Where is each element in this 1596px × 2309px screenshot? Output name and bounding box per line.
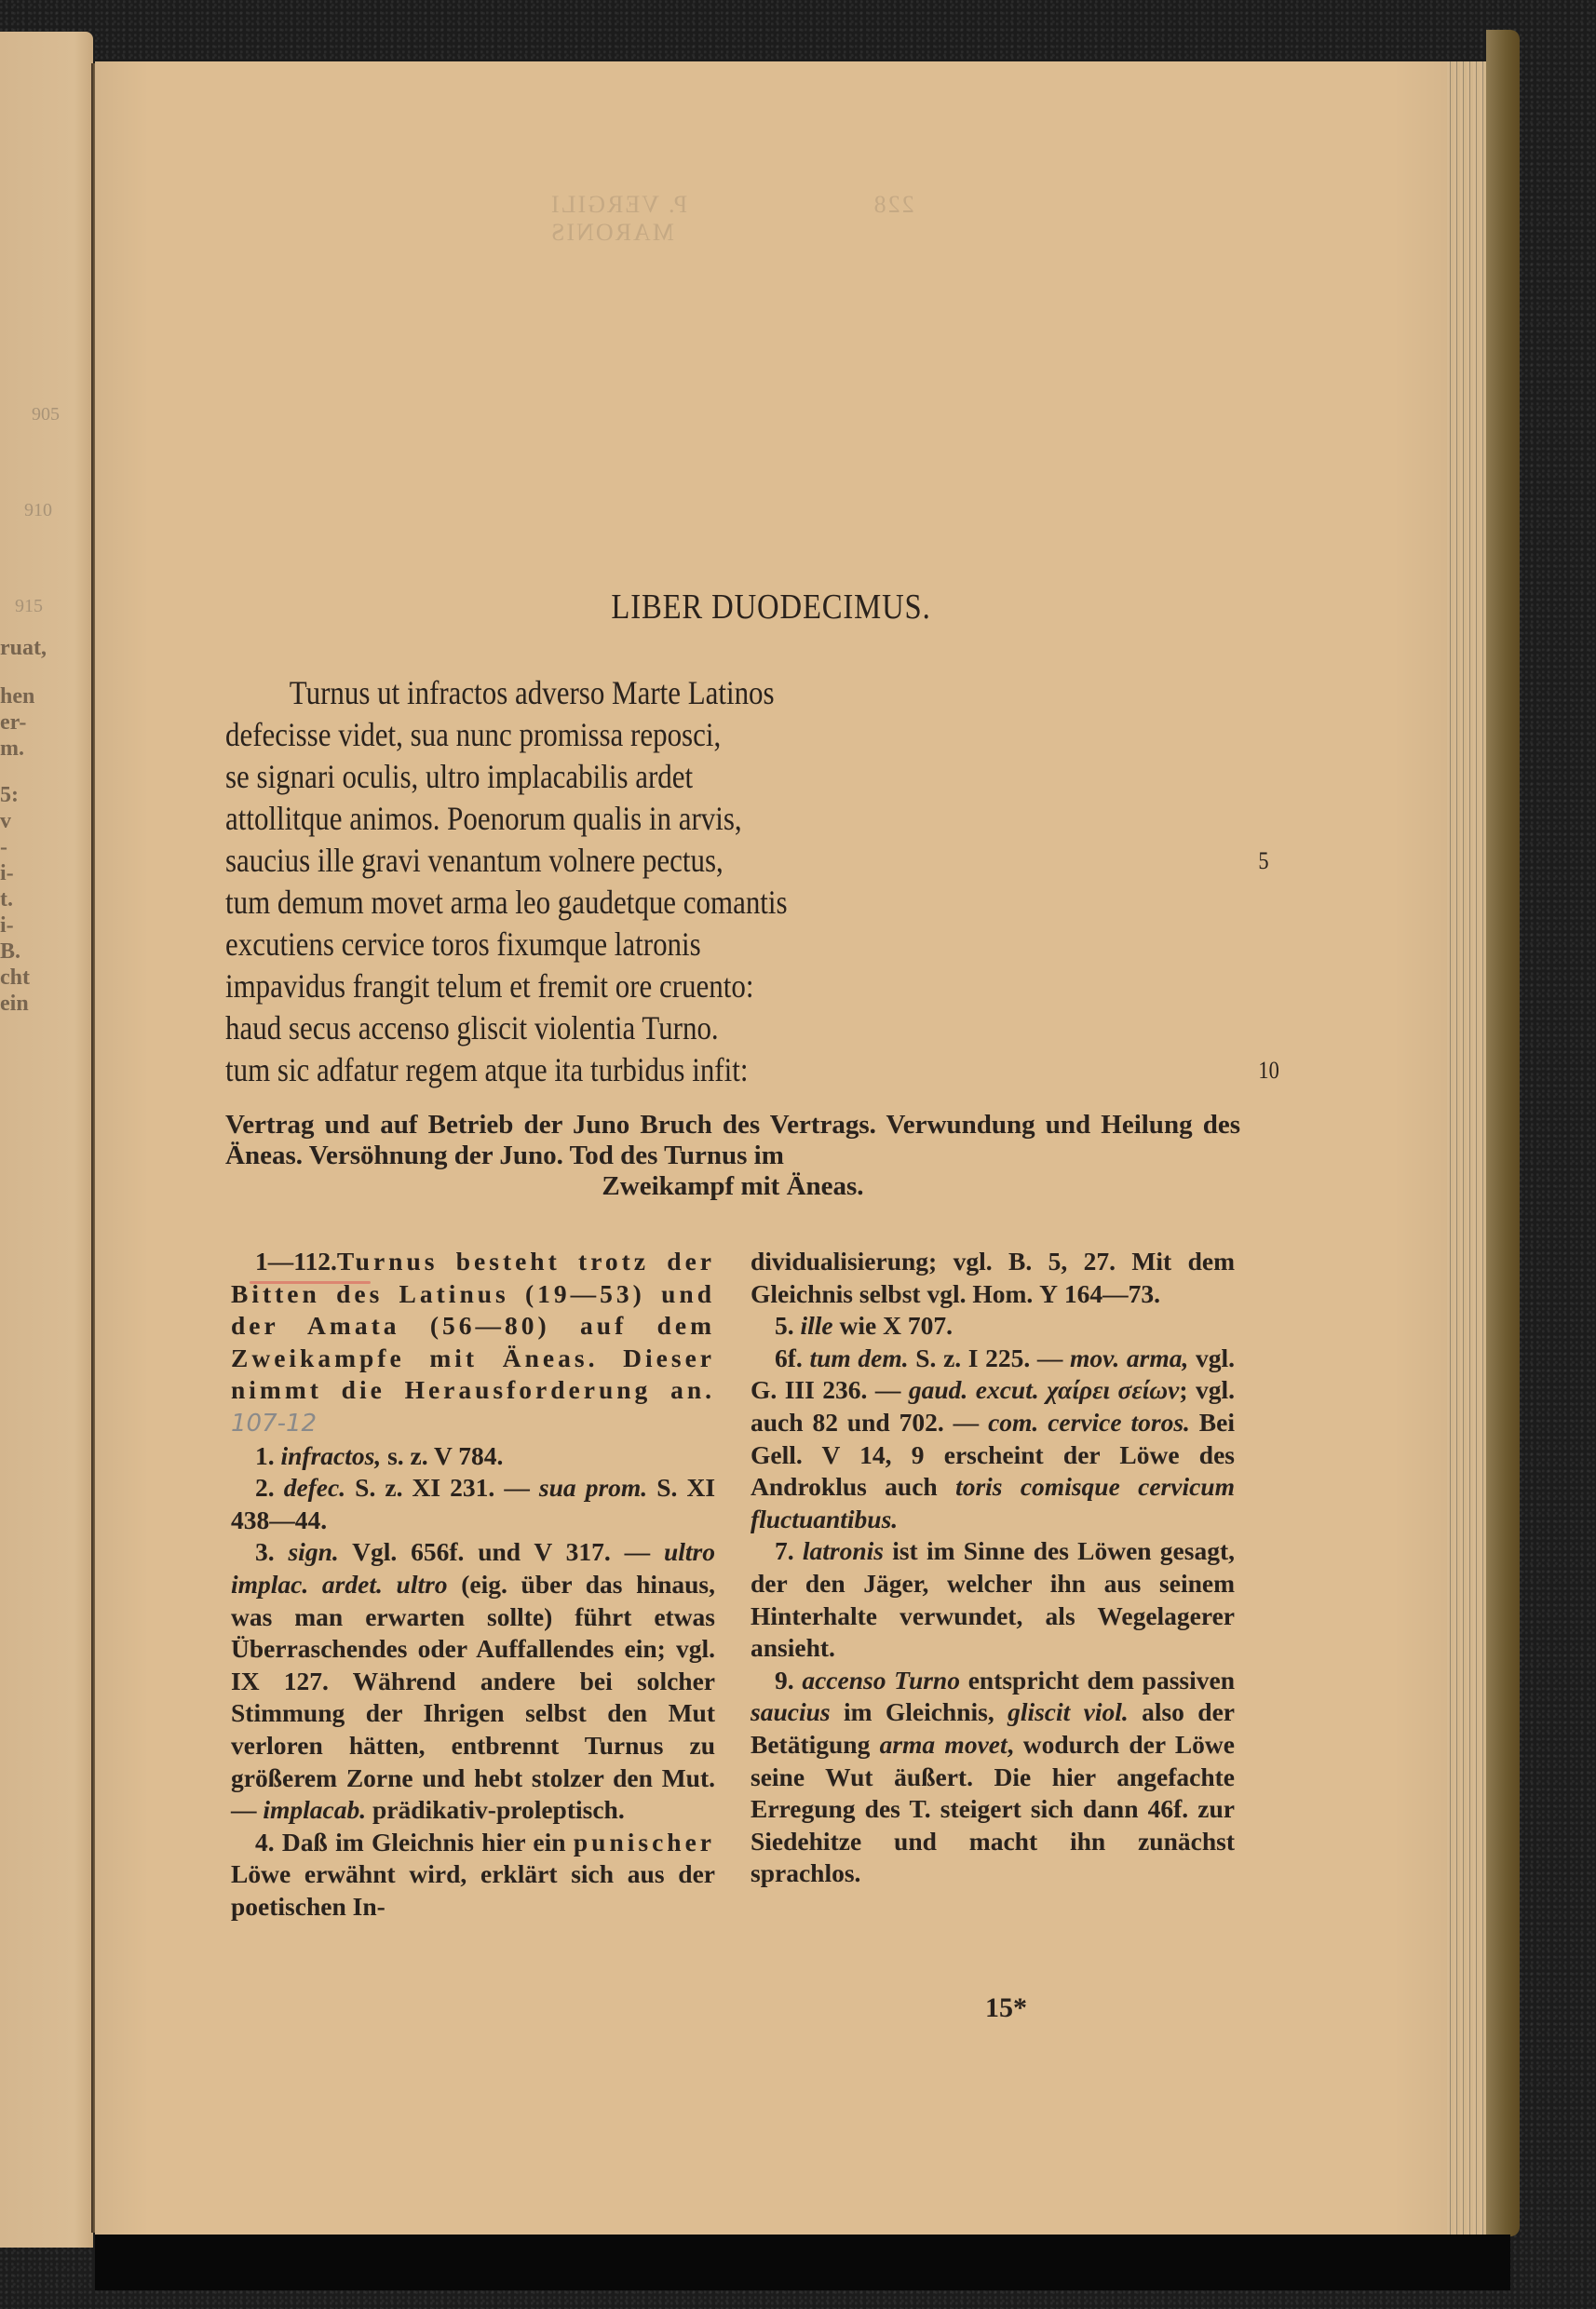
verse-line: defecisse videt, sua nunc promissa repos… <box>225 714 1106 756</box>
bleed-through-running-title: P. VERGILI MARONIS <box>549 191 687 246</box>
text-fragment: i- <box>0 912 14 938</box>
chapter-title: LIBER DUODECIMUS. <box>190 587 1353 628</box>
text-fragment: cht <box>0 965 30 991</box>
bottom-shadow <box>95 2235 1510 2290</box>
book-cover-edge <box>1486 30 1520 2236</box>
verse-line: Turnus ut infractos adverso Marte Latino… <box>225 672 1106 714</box>
lemma: ultro <box>383 1570 448 1599</box>
note-number: 7. <box>775 1536 794 1565</box>
commentary-note: 4. Daß im Gleichnis hier ein punischer L… <box>231 1827 715 1924</box>
verse-line: saucius ille gravi venantum volnere pect… <box>225 840 1106 882</box>
commentary-note: 3. sign. Vgl. 656f. und V 317. — ultro i… <box>231 1536 715 1826</box>
page-edges <box>1447 61 1486 2235</box>
text-fragment: B. <box>0 938 20 965</box>
note-text: s. z. V 784. <box>381 1441 503 1470</box>
lemma: saucius <box>751 1697 831 1726</box>
verse-text: attollitque animos. Poenorum qualis in a… <box>225 800 742 837</box>
verse-text: tum demum movet arma leo gaudetque coman… <box>225 884 788 921</box>
lemma: com. cervice toros. <box>988 1408 1190 1437</box>
note-number: 3. <box>255 1537 275 1566</box>
lemma: accenso Turno <box>802 1666 960 1695</box>
note-text: (eig. über das hinaus, was man erwarten … <box>231 1570 715 1824</box>
greek-quote: χαίρει σείων <box>1039 1375 1180 1404</box>
lemma: tum dem. <box>809 1344 908 1372</box>
margin-line-number: 910 <box>24 500 52 521</box>
note-text: dividualisierung; vgl. B. 5, 27. Mit dem… <box>751 1247 1235 1308</box>
commentary-note: 9. accenso Turno entspricht dem passiven… <box>751 1665 1235 1890</box>
text-fragment: ruat, <box>0 635 47 661</box>
bleed-through-header: 228 P. VERGILI MARONIS <box>549 191 1220 247</box>
verse-line: haud secus accenso gliscit violentia Tur… <box>225 1007 1106 1049</box>
text-fragment: m. <box>0 736 24 762</box>
verse-text: excutiens cervice toros fixumque latroni… <box>225 925 701 963</box>
note-number: 9. <box>775 1666 794 1695</box>
verse-text: Turnus ut infractos adverso Marte Latino… <box>290 674 775 711</box>
verse-text: se signari oculis, ultro implacabilis ar… <box>225 758 693 795</box>
verse-line: tum demum movet arma leo gaudetque coman… <box>225 882 1106 924</box>
verse-text: impavidus frangit telum et fremit ore cr… <box>225 967 753 1005</box>
lemma: latronis <box>803 1536 884 1565</box>
verse-line: impavidus frangit telum et fremit ore cr… <box>225 965 1106 1007</box>
commentary-column-right: dividualisierung; vgl. B. 5, 27. Mit dem… <box>751 1246 1235 1890</box>
bleed-through-page-number: 228 <box>872 191 914 218</box>
commentary-note: 6f. tum dem. S. z. I 225. — mov. arma, v… <box>751 1343 1235 1536</box>
summary-text: Vertrag und auf Betrieb der Juno Bruch d… <box>225 1110 1240 1170</box>
argument-summary: Vertrag und auf Betrieb der Juno Bruch d… <box>225 1110 1240 1202</box>
text-fragment: t. <box>0 886 13 912</box>
note-text: Löwe erwähnt wird, erklärt sich aus der … <box>231 1859 715 1921</box>
note-number: 5. <box>775 1311 794 1340</box>
verse-text: saucius ille gravi venantum volnere pect… <box>225 842 724 879</box>
signature-mark: 15* <box>985 1992 1027 2024</box>
note-text: prädikativ-proleptisch. <box>366 1795 625 1824</box>
verse-line: tum sic adfatur regem atque ita turbidus… <box>225 1049 1106 1091</box>
lemma: gliscit viol. <box>1008 1697 1129 1726</box>
verse-text: haud secus accenso gliscit violentia Tur… <box>225 1009 719 1046</box>
pencil-annotation: 107-12 <box>231 1410 317 1438</box>
text-fragment: ein <box>0 991 29 1017</box>
lemma: ille <box>801 1311 833 1340</box>
verse-text: tum sic adfatur regem atque ita turbidus… <box>225 1051 748 1088</box>
lemma: defec. <box>284 1473 345 1502</box>
note-text: S. z. I 225. — <box>909 1344 1070 1372</box>
note-text: wie X 707. <box>833 1311 953 1340</box>
lemma: infractos, <box>281 1441 382 1470</box>
note-reference: 1—112. <box>255 1247 337 1276</box>
commentary-note: 2. defec. S. z. XI 231. — sua prom. S. X… <box>231 1472 715 1536</box>
note-number: 2. <box>255 1473 275 1502</box>
lemma: arma movet <box>880 1730 1008 1759</box>
lemma: gaud. excut. <box>909 1375 1039 1404</box>
left-page-edge: 905 910 915 ruat, hen er- m. 5: v - i- t… <box>0 32 93 2248</box>
commentary-column-left: 1—112.Turnus besteht trotz der Bitten de… <box>231 1246 715 1923</box>
commentary-note: 1. infractos, s. z. V 784. <box>231 1440 715 1473</box>
text-fragment: hen <box>0 683 34 709</box>
verse-block: Turnus ut infractos adverso Marte Latino… <box>225 672 1250 1091</box>
margin-line-number: 915 <box>15 596 43 617</box>
note-text: im Gleichnis, <box>831 1697 1008 1726</box>
summary-text-last: Zweikampf mit Äneas. <box>225 1171 1240 1202</box>
line-number: 5 <box>1258 840 1268 882</box>
note-number: 6f. <box>775 1344 803 1372</box>
commentary-note: 7. latronis ist im Sinne des Löwen gesag… <box>751 1535 1235 1664</box>
lemma: mov. arma, <box>1070 1344 1188 1372</box>
text-fragment: - <box>0 834 7 860</box>
margin-line-number: 905 <box>32 404 60 425</box>
text-fragment: i- <box>0 860 14 886</box>
text-fragment: er- <box>0 709 26 736</box>
verse-line: se signari oculis, ultro implacabilis ar… <box>225 756 1106 798</box>
text-fragment: 5: <box>0 782 19 808</box>
note-text: S. z. XI 231. — <box>345 1473 539 1502</box>
line-number: 10 <box>1258 1049 1278 1091</box>
verse-text: defecisse videt, sua nunc promissa repos… <box>225 716 721 753</box>
lemma: sign. <box>288 1537 338 1566</box>
lemma: implacab. <box>263 1795 366 1824</box>
commentary-note-continued: dividualisierung; vgl. B. 5, 27. Mit dem… <box>751 1246 1235 1310</box>
verse-line: excutiens cervice toros fixumque latroni… <box>225 924 1106 965</box>
note-text: Daß im Gleichnis hier ein <box>275 1828 574 1857</box>
note-text: Vgl. 656f. und V 317. — <box>339 1537 664 1566</box>
commentary-note: 1—112.Turnus besteht trotz der Bitten de… <box>231 1246 715 1440</box>
note-number: 4. <box>255 1828 275 1857</box>
text-fragment: v <box>0 808 11 834</box>
lemma: sua prom. <box>539 1473 647 1502</box>
note-number: 1. <box>255 1441 275 1470</box>
note-text-spaced: punischer <box>574 1828 715 1857</box>
note-text: entspricht dem passiven <box>960 1666 1235 1695</box>
commentary-note: 5. ille wie X 707. <box>751 1310 1235 1343</box>
verse-line: attollitque animos. Poenorum qualis in a… <box>225 798 1106 840</box>
